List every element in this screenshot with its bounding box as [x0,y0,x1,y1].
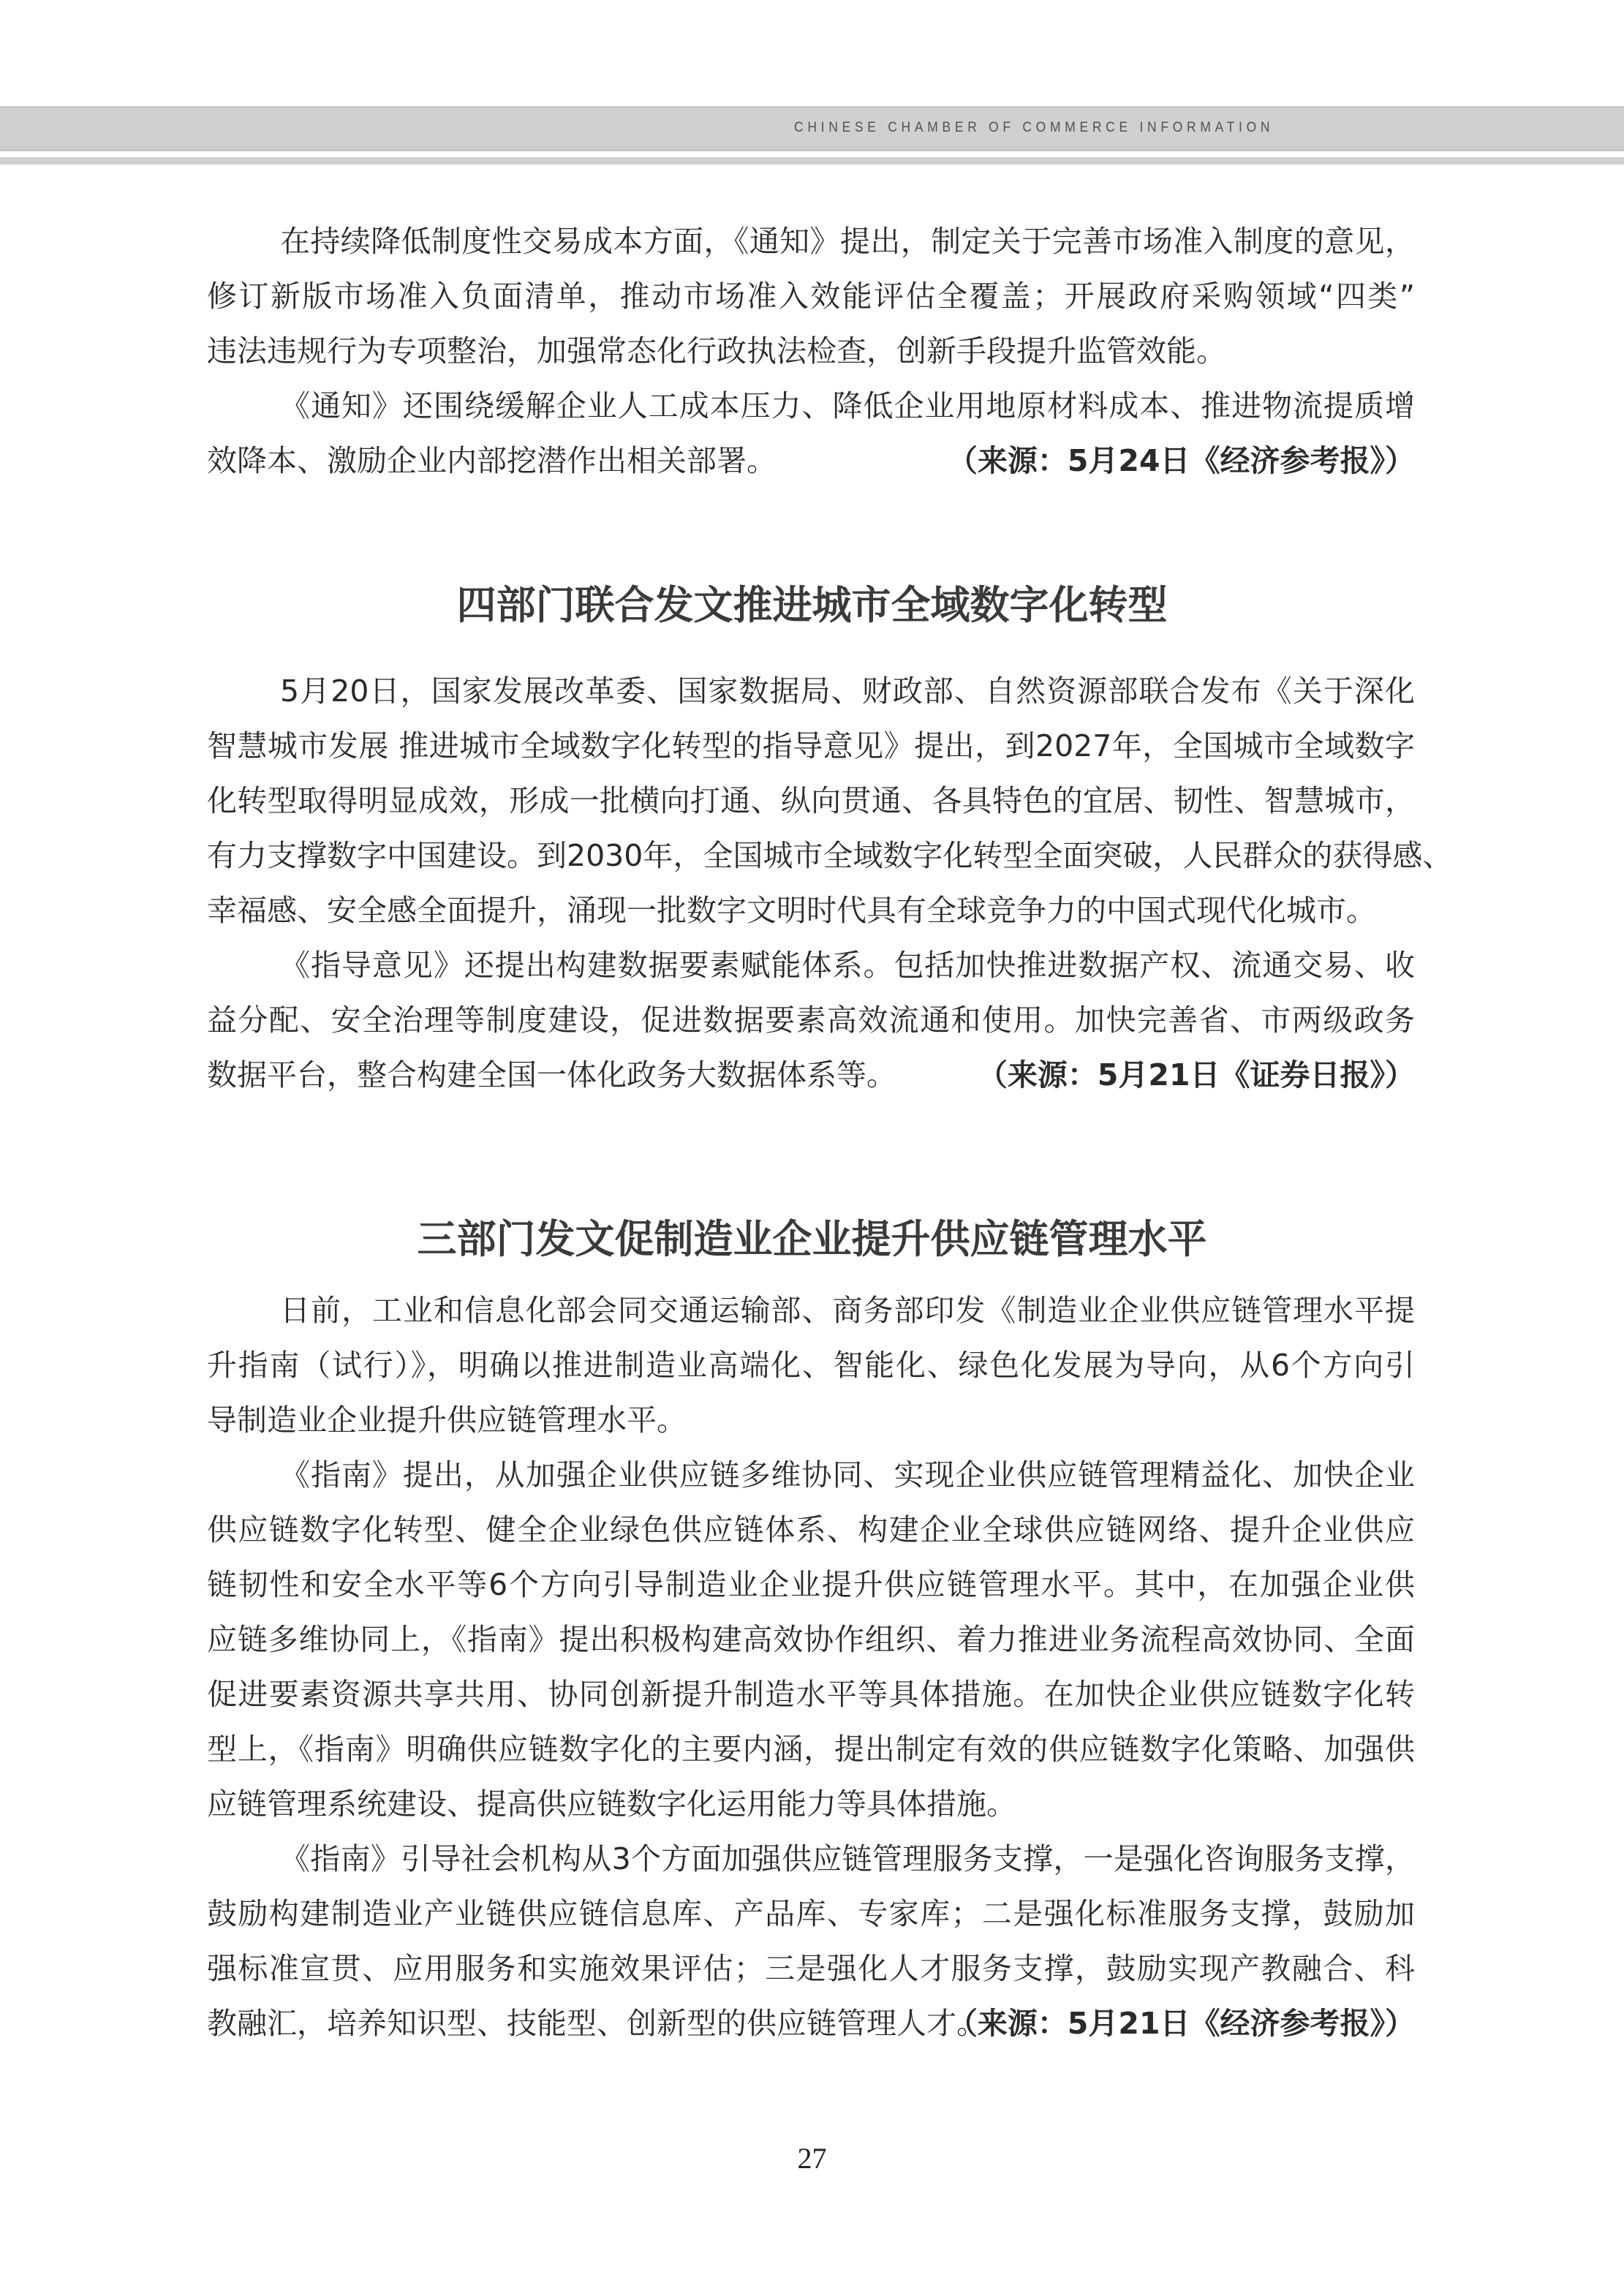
paragraph-line-with-source: 教融汇，培养知识型、技能型、创新型的供应链管理人才。 （来源：5月21日《经济参… [207,1996,1415,2051]
paragraph-line-with-source: 数据平台，整合构建全国一体化政务大数据体系等。 （来源：5月21日《证券日报》） [207,1048,1415,1103]
paragraph-line: 《指南》引导社会机构从3个方面加强供应链管理服务支撑，一是强化咨询服务支撑， [280,1832,1415,1887]
paragraph-line: 应链管理系统建设、提高供应链数字化运用能力等具体措施。 [207,1777,1415,1832]
paragraph-line: 型上，《指南》明确供应链数字化的主要内涵，提出制定有效的供应链数字化策略、加强供 [207,1722,1415,1777]
source-citation: （来源：5月24日《经济参考报》） [948,434,1415,488]
article-title: 三部门发文促制造业企业提升供应链管理水平 [0,1216,1624,1263]
header-divider-bottom [0,146,1624,147]
paragraph-line: 修订新版市场准入负面清单，推动市场准入效能评估全覆盖；开展政府采购领域“四类” [207,269,1415,324]
paragraph-line: 供应链数字化转型、健全企业绿色供应链体系、构建企业全球供应链网络、提升企业供应 [207,1503,1415,1558]
paragraph-line: 日前，工业和信息化部会同交通运输部、商务部印发《制造业企业供应链管理水平提 [280,1283,1415,1338]
paragraph-line: 在持续降低制度性交易成本方面，《通知》提出，制定关于完善市场准入制度的意见， [280,214,1415,269]
paragraph-line: 有力支撑数字中国建设。到2030年，全国城市全域数字化转型全面突破，人民群众的获… [207,829,1415,883]
paragraph-line: 违法违规行为专项整治，加强常态化行政执法检查，创新手段提升监管效能。 [207,324,1415,379]
header-stripe [0,157,1624,165]
header-divider-top [0,110,1624,111]
paragraph-line: 强标准宣贯、应用服务和实施效果评估；三是强化人才服务支撑，鼓励实现产教融合、科 [207,1941,1415,1996]
paragraph-line-with-source: 效降本、激励企业内部挖潜作出相关部署。 （来源：5月24日《经济参考报》） [207,434,1415,488]
page-number: 27 [0,2141,1624,2175]
paragraph-line: 鼓励构建制造业产业链供应链信息库、产品库、专家库；二是强化标准服务支撑，鼓励加 [207,1887,1415,1941]
publication-name: CHINESE CHAMBER OF COMMERCE INFORMATION [794,120,1274,136]
paragraph-line: 导制造业企业提升供应链管理水平。 [207,1393,1415,1448]
running-header-band: CHINESE CHAMBER OF COMMERCE INFORMATION [0,106,1624,151]
paragraph-line: 智慧城市发展 推进城市全域数字化转型的指导意见》提出，到2027年，全国城市全域… [207,719,1415,774]
paragraph-line: 应链多维协同上，《指南》提出积极构建高效协作组织、着力推进业务流程高效协同、全面 [207,1612,1415,1667]
paragraph-line: 《指导意见》还提出构建数据要素赋能体系。包括加快推进数据产权、流通交易、收 [280,938,1415,993]
source-citation: （来源：5月21日《经济参考报》） [948,1996,1415,2051]
paragraph-line: 《通知》还围绕缓解企业人工成本压力、降低企业用地原材料成本、推进物流提质增 [280,379,1415,434]
paragraph-line: 链韧性和安全水平等6个方向引导制造业企业提升供应链管理水平。其中，在加强企业供 [207,1558,1415,1612]
paragraph-line: 5月20日，国家发展改革委、国家数据局、财政部、自然资源部联合发布《关于深化 [280,664,1415,719]
source-citation: （来源：5月21日《证券日报》） [978,1048,1415,1103]
paragraph-line: 益分配、安全治理等制度建设，促进数据要素高效流通和使用。加快完善省、市两级政务 [207,993,1415,1048]
paragraph-line: 升指南（试行）》，明确以推进制造业高端化、智能化、绿色化发展为导向，从6个方向引 [207,1338,1415,1393]
paragraph-line: 幸福感、安全感全面提升，涌现一批数字文明时代具有全球竞争力的中国式现代化城市。 [207,883,1415,938]
paragraph-text: 效降本、激励企业内部挖潜作出相关部署。 [207,443,777,478]
paragraph-text: 教融汇，培养知识型、技能型、创新型的供应链管理人才。 [207,2006,986,2041]
paragraph-line: 《指南》提出，从加强企业供应链多维协同、实现企业供应链管理精益化、加快企业 [280,1448,1415,1503]
article-title: 四部门联合发文推进城市全域数字化转型 [0,582,1624,629]
paragraph-line: 促进要素资源共享共用、协同创新提升制造水平等具体措施。在加快企业供应链数字化转 [207,1667,1415,1722]
paragraph-line: 化转型取得明显成效，形成一批横向打通、纵向贯通、各具特色的宜居、韧性、智慧城市， [207,774,1415,829]
paragraph-text: 数据平台，整合构建全国一体化政务大数据体系等。 [207,1057,896,1092]
